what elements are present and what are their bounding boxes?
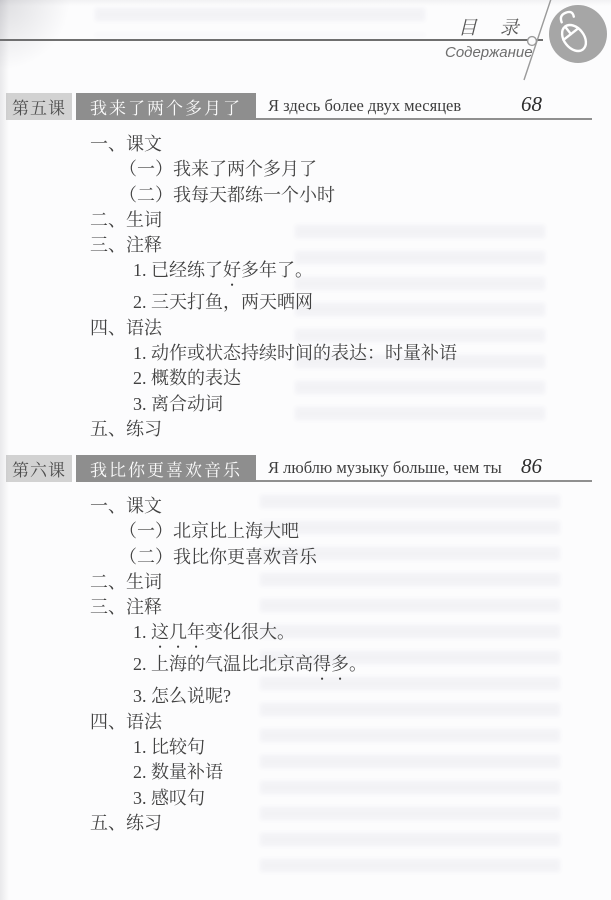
- lesson-title-russian: Я здесь более двух месяцев: [268, 96, 461, 116]
- lesson-6-outline: 一、课文（一）北京比上海大吧（二）我比你更喜欢音乐二、生词三、注释1. 这几年变…: [0, 494, 560, 836]
- emphasized-text: 好: [223, 260, 241, 280]
- toc-line: （二）我比你更喜欢音乐: [0, 545, 560, 570]
- lesson-header-5: 第五课 我来了两个多月了 Я здесь более двух месяцев …: [6, 93, 592, 120]
- lesson-number-badge: 第五课: [6, 93, 72, 120]
- toc-line: 1. 动作或状态持续时间的表达：时量补语: [0, 341, 560, 366]
- toc-line: 四、语法: [0, 316, 560, 341]
- lesson-page-number: 68: [521, 92, 542, 117]
- toc-line: 四、语法: [0, 710, 560, 735]
- toc-line: 2. 三天打鱼，两天晒网: [0, 290, 560, 315]
- toc-line: 三、注释: [0, 233, 560, 258]
- toc-line: 3. 离合动词: [0, 392, 560, 417]
- ring-ornament: [528, 37, 537, 46]
- toc-line: 1. 已经练了好多年了。: [0, 258, 560, 290]
- header-rule: [0, 39, 543, 41]
- toc-line: 2. 数量补语: [0, 760, 560, 785]
- lesson-title-badge: 我比你更喜欢音乐: [76, 455, 256, 482]
- lesson-number-badge: 第六课: [6, 455, 72, 482]
- toc-line: 1. 这几年变化很大。: [0, 620, 560, 652]
- lesson-page-number: 86: [521, 454, 542, 479]
- toc-line: 五、练习: [0, 811, 560, 836]
- toc-line: 2. 概数的表达: [0, 366, 560, 391]
- lesson-header-6: 第六课 我比你更喜欢音乐 Я люблю музыку больше, чем …: [6, 455, 592, 482]
- toc-line: 3. 感叹句: [0, 786, 560, 811]
- toc-line: （二）我每天都练一个小时: [0, 183, 560, 208]
- toc-line: 五、练习: [0, 417, 560, 442]
- toc-line: 二、生词: [0, 570, 560, 595]
- lesson-header-rule: Я люблю музыку больше, чем ты 86: [256, 455, 592, 482]
- toc-line: 2. 上海的气温比北京高得多。: [0, 652, 560, 684]
- lesson-title-badge: 我来了两个多月了: [76, 93, 256, 120]
- emphasized-text: 得多: [313, 654, 349, 674]
- toc-line: （一）北京比上海大吧: [0, 519, 560, 544]
- header-artwork: [500, 0, 611, 85]
- lesson-5-outline: 一、课文（一）我来了两个多月了（二）我每天都练一个小时二、生词三、注释1. 已经…: [0, 132, 560, 442]
- toc-line: 1. 比较句: [0, 735, 560, 760]
- mouse-icon: [549, 5, 607, 63]
- toc-line: 一、课文: [0, 494, 560, 519]
- page-bleed-through: [95, 8, 425, 36]
- lesson-header-rule: Я здесь более двух месяцев 68: [256, 93, 592, 120]
- toc-line: 三、注释: [0, 595, 560, 620]
- toc-line: 3. 怎么说呢?: [0, 684, 560, 709]
- toc-line: 一、课文: [0, 132, 560, 157]
- emphasized-text: 这几年: [151, 622, 205, 642]
- toc-line: 二、生词: [0, 208, 560, 233]
- toc-line: （一）我来了两个多月了: [0, 157, 560, 182]
- lesson-title-russian: Я люблю музыку больше, чем ты: [268, 458, 502, 478]
